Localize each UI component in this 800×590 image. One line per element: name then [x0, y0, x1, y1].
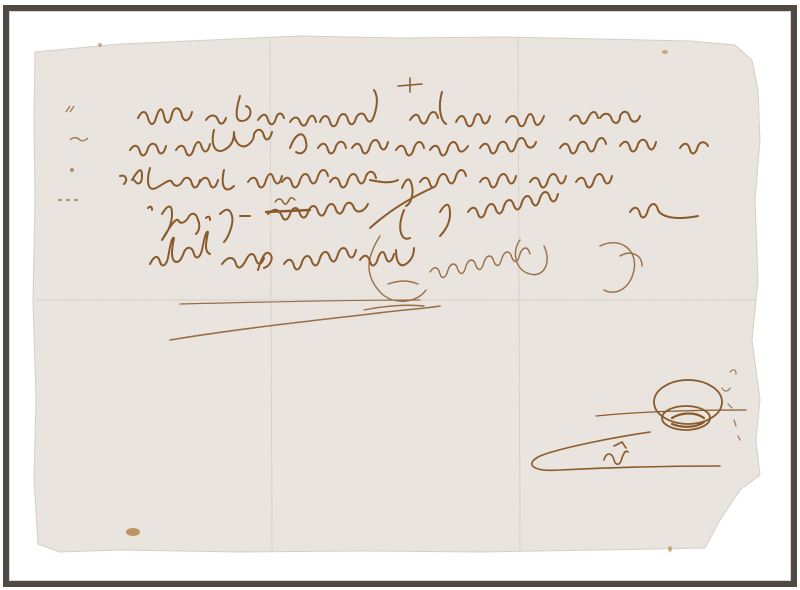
manuscript-page — [0, 0, 800, 590]
